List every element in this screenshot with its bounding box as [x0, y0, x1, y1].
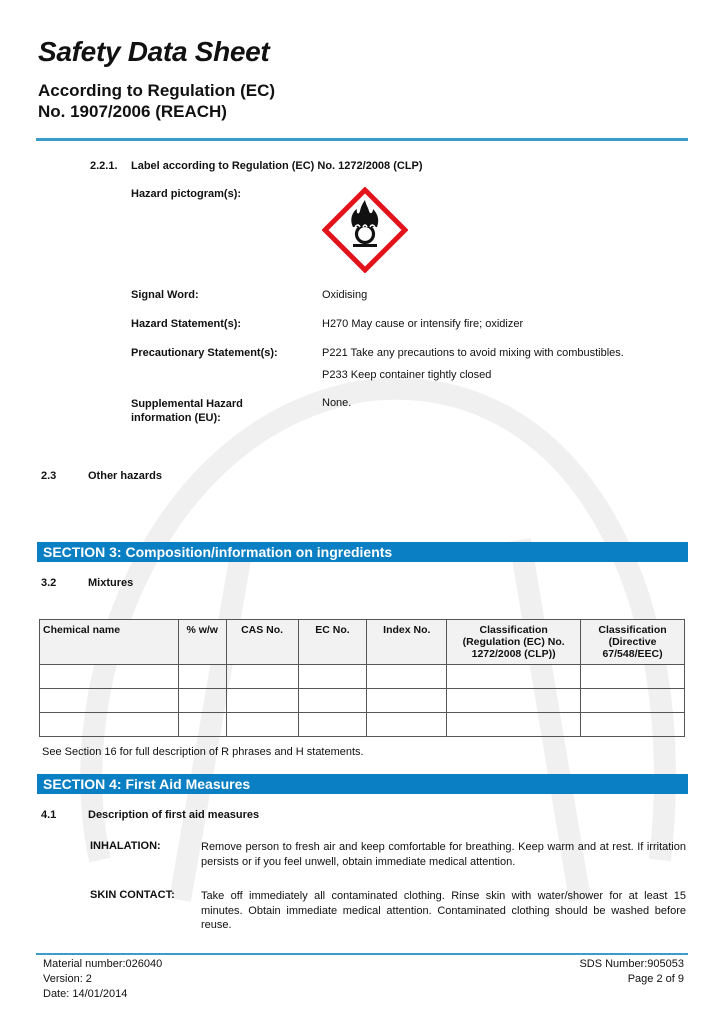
inhalation-text: Remove person to fresh air and keep comf… [201, 840, 686, 869]
other-hazards-heading: Other hazards [88, 470, 162, 482]
signal-word-label: Signal Word: [131, 289, 199, 301]
signal-word-value: Oxidising [322, 289, 367, 301]
flame-over-circle-icon [322, 187, 408, 273]
col-index-no: Index No. [367, 620, 447, 665]
document-title: Safety Data Sheet [38, 36, 269, 68]
first-aid-number: 4.1 [41, 809, 56, 821]
inhalation-label: INHALATION: [90, 840, 161, 852]
col-classification-directive: Classification (Directive 67/548/EEC) [581, 620, 685, 665]
section-4-header: SECTION 4: First Aid Measures [37, 774, 688, 794]
other-hazards-number: 2.3 [41, 470, 56, 482]
precautionary-statement-label: Precautionary Statement(s): [131, 347, 278, 359]
col-classification-clp: Classification (Regulation (EC) No. 1272… [447, 620, 581, 665]
material-number: Material number:026040 [43, 957, 162, 972]
col-ec-no: EC No. [298, 620, 367, 665]
header-divider [36, 138, 688, 141]
skin-contact-label: SKIN CONTACT: [90, 889, 175, 901]
table-row [40, 665, 685, 689]
footer-left: Material number:026040 Version: 2 Date: … [43, 957, 162, 1002]
table-row [40, 713, 685, 737]
sds-number: SDS Number:905053 [579, 957, 684, 972]
footer-divider [36, 953, 688, 955]
mixtures-table: Chemical name % w/w CAS No. EC No. Index… [39, 619, 685, 737]
mixtures-heading: Mixtures [88, 577, 133, 589]
subtitle-line-2: No. 1907/2006 (REACH) [38, 101, 275, 122]
mixtures-number: 3.2 [41, 577, 56, 589]
col-cas-no: CAS No. [226, 620, 298, 665]
page-number: Page 2 of 9 [579, 972, 684, 987]
label-heading-number: 2.2.1. [90, 160, 118, 172]
date: Date: 14/01/2014 [43, 987, 162, 1002]
table-header-row: Chemical name % w/w CAS No. EC No. Index… [40, 620, 685, 665]
subtitle-line-1: According to Regulation (EC) [38, 80, 275, 101]
hazard-statement-label: Hazard Statement(s): [131, 318, 241, 330]
section-16-note: See Section 16 for full description of R… [42, 746, 364, 758]
hazard-statement-value: H270 May cause or intensify fire; oxidiz… [322, 318, 523, 330]
table-row [40, 689, 685, 713]
precautionary-statement-p221: P221 Take any precautions to avoid mixin… [322, 347, 624, 359]
label-heading: Label according to Regulation (EC) No. 1… [131, 160, 423, 172]
footer-right: SDS Number:905053 Page 2 of 9 [579, 957, 684, 987]
pictogram-label: Hazard pictogram(s): [131, 188, 241, 200]
supplemental-hazard-label: Supplemental Hazard information (EU): [131, 397, 243, 425]
precautionary-statement-p233: P233 Keep container tightly closed [322, 369, 491, 381]
first-aid-heading: Description of first aid measures [88, 809, 259, 821]
document-subtitle: According to Regulation (EC) No. 1907/20… [38, 80, 275, 122]
col-percent-ww: % w/w [178, 620, 226, 665]
skin-contact-text: Take off immediately all contaminated cl… [201, 889, 686, 933]
col-chemical-name: Chemical name [40, 620, 179, 665]
supplemental-hazard-value: None. [322, 397, 351, 409]
version: Version: 2 [43, 972, 162, 987]
section-3-header: SECTION 3: Composition/information on in… [37, 542, 688, 562]
